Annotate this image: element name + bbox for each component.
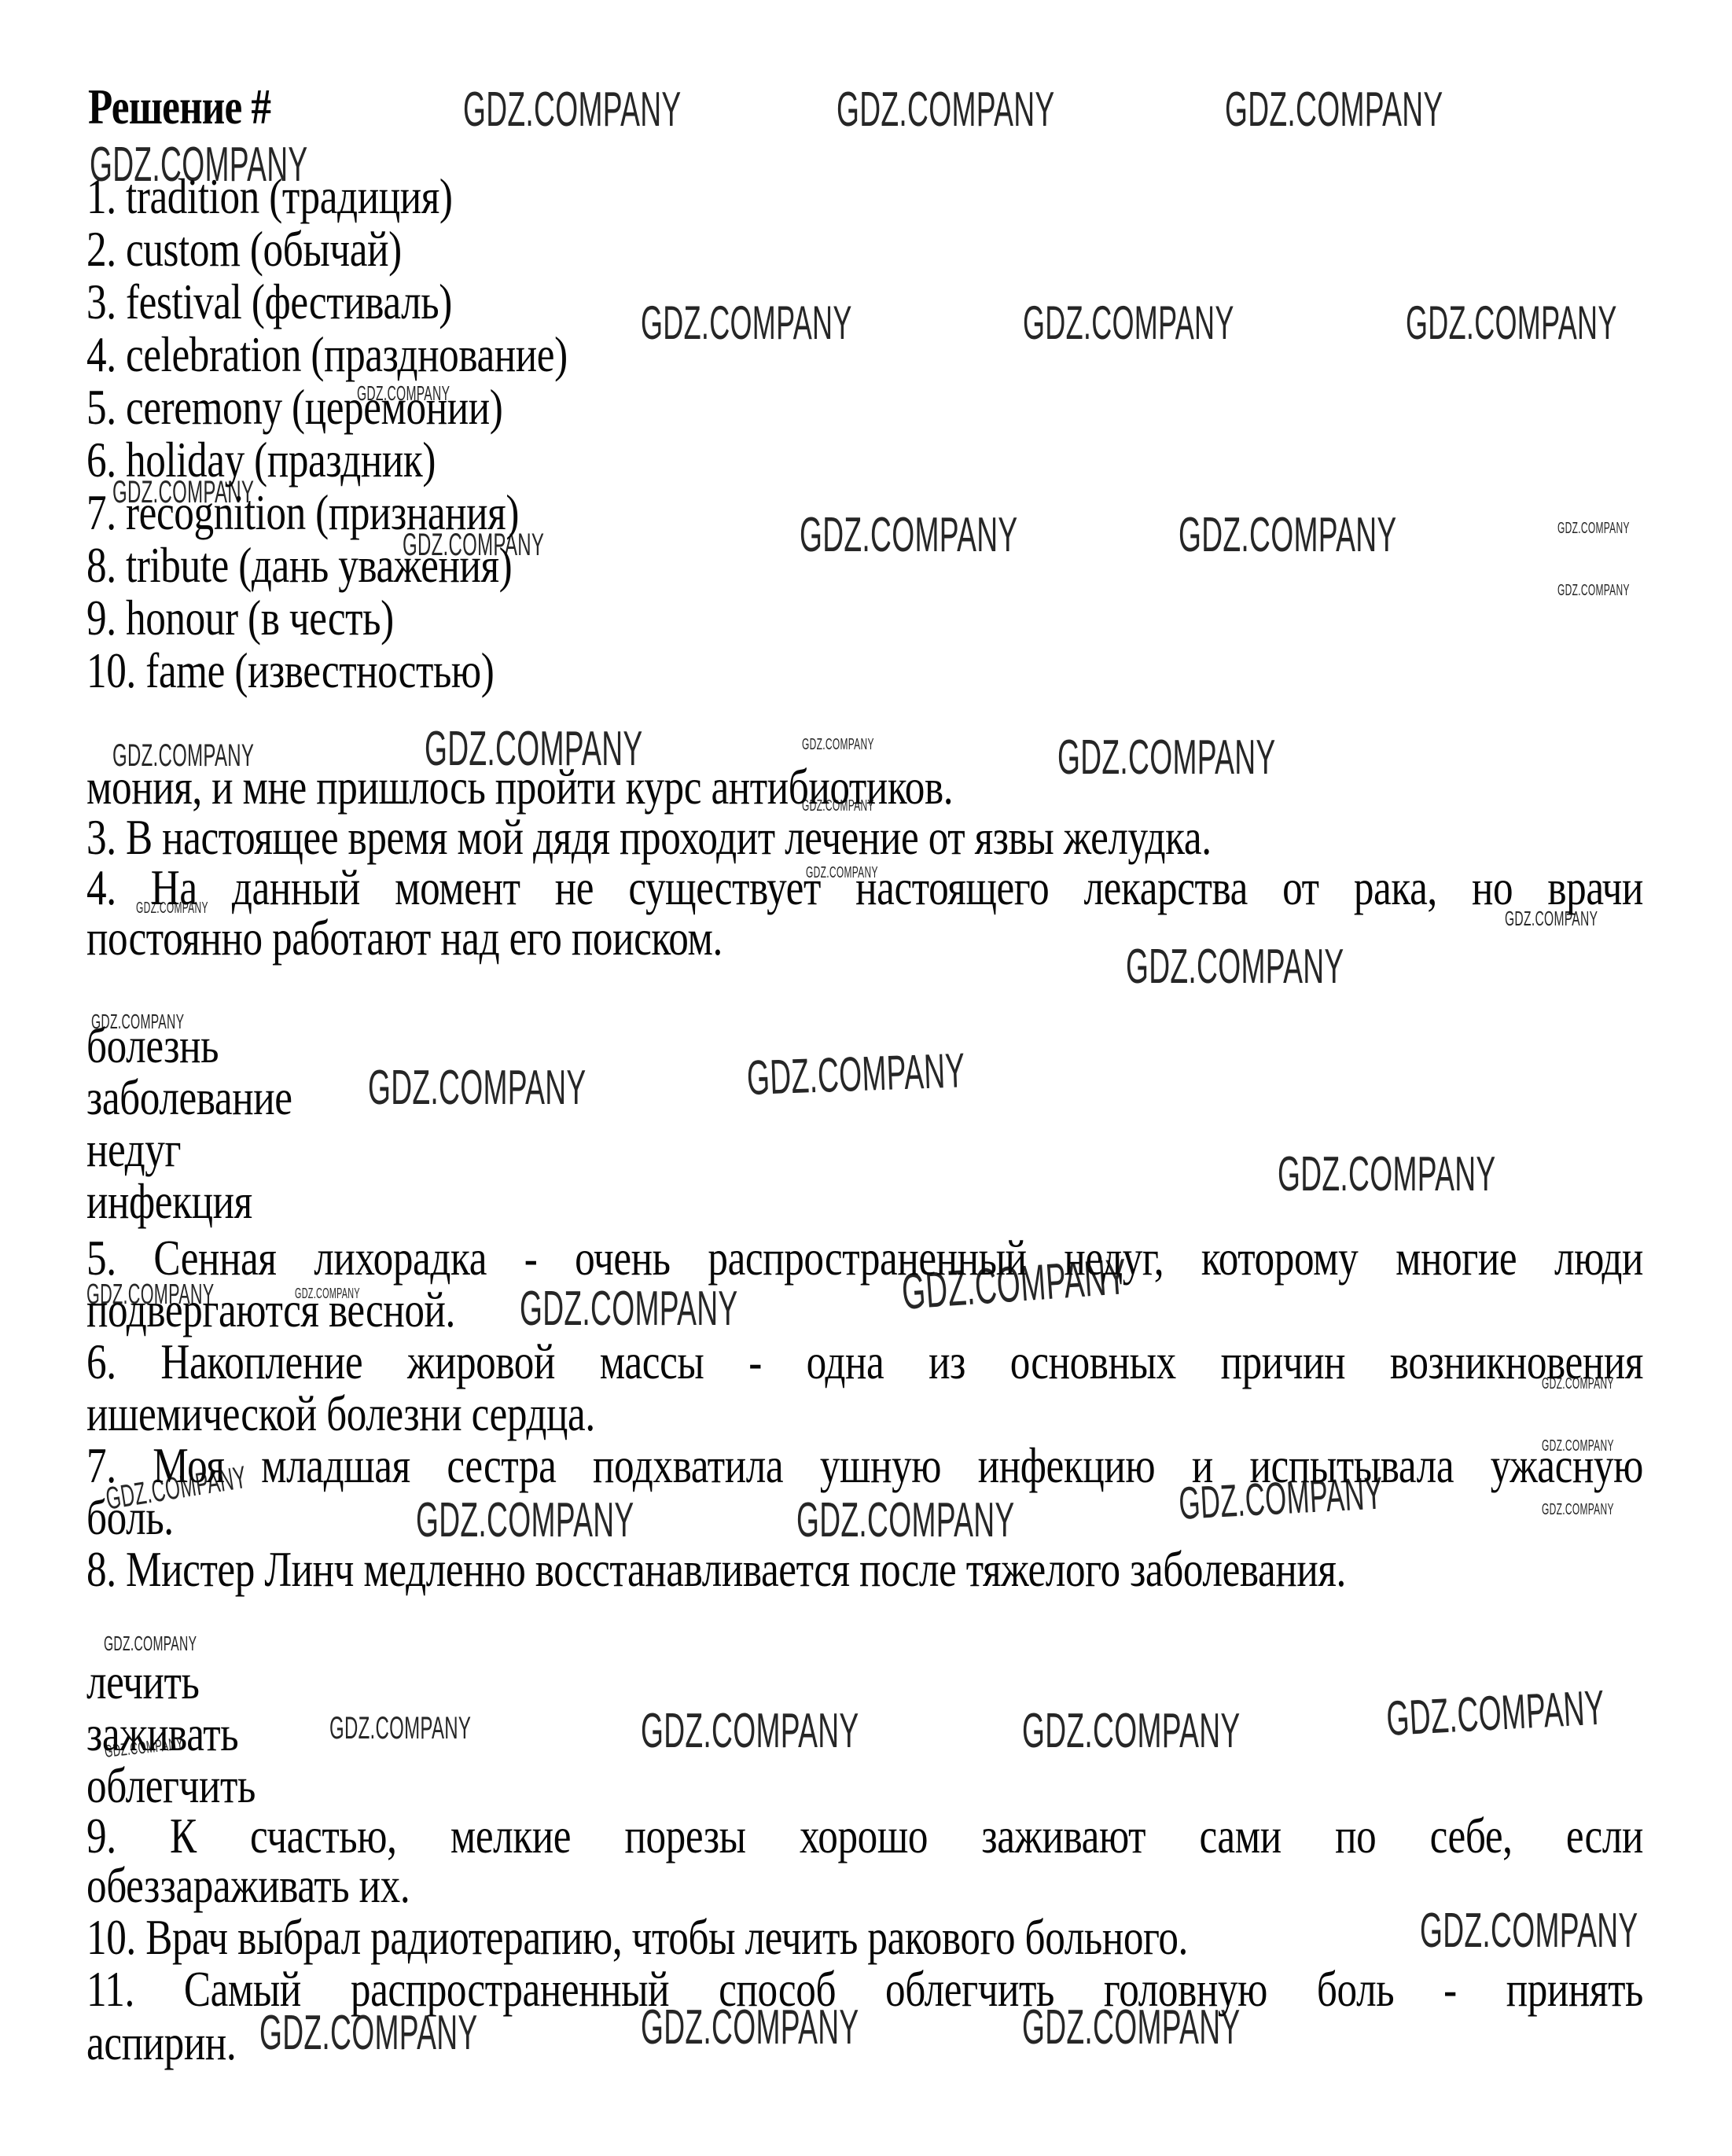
text-line: 4. На данный момент не существует настоя… [86,863,1643,913]
text-line: 6. Накопление жировой массы - одна из ос… [86,1337,1643,1387]
watermark: GDZ.COMPANY [802,737,874,752]
watermark: GDZ.COMPANY [1225,86,1443,134]
watermark: GDZ.COMPANY [1023,300,1234,347]
text-line: 1. tradition (традиция) [86,171,453,222]
text-line: 10. Врач выбрал радиотерапию, чтобы лечи… [86,1912,1188,1963]
text-line: заживать [86,1709,238,1759]
watermark: GDZ.COMPANY [1126,943,1344,992]
watermark: GDZ.COMPANY [800,511,1017,560]
watermark: GDZ.COMPANY [368,1064,586,1113]
page-title: Решение # [88,82,270,132]
text-line: 6. holiday (праздник) [86,435,436,485]
text-line: 5. ceremony (церемонии) [86,382,502,432]
text-line: обеззараживать их. [86,1860,410,1911]
watermark: GDZ.COMPANY [1420,1907,1638,1955]
text-line: 3. festival (фестиваль) [86,277,452,327]
document-page: Решение # GDZ.COMPANYGDZ.COMPANYGDZ.COMP… [0,0,1732,2156]
watermark: GDZ.COMPANY [416,1496,634,1545]
text-line: лечить [86,1657,199,1707]
watermark: GDZ.COMPANY [1057,734,1275,782]
text-line: 10. fame (известностью) [86,646,494,696]
watermark: GDZ.COMPANY [1557,521,1630,536]
text-line: 3. В настоящее время мой дядя проходит л… [86,812,1212,863]
watermark: GDZ.COMPANY [746,1047,965,1103]
text-line: инфекция [86,1176,252,1227]
text-line: облегчить [86,1760,256,1811]
text-line: 4. celebration (празднование) [86,329,568,380]
text-line: ишемической болезни сердца. [86,1389,595,1439]
watermark: GDZ.COMPANY [641,1707,859,1756]
watermark: GDZ.COMPANY [520,1285,737,1334]
text-line: недуг [86,1124,181,1175]
watermark: GDZ.COMPANY [1022,1707,1240,1756]
text-line: 8. tribute (дань уважения) [86,540,512,591]
watermark: GDZ.COMPANY [641,300,852,347]
watermark: GDZ.COMPANY [1542,1502,1614,1518]
watermark: GDZ.COMPANY [1179,511,1396,560]
watermark: GDZ.COMPANY [104,1633,197,1654]
watermark: GDZ.COMPANY [796,1496,1014,1545]
text-line: подвергаются весной. [86,1285,455,1335]
text-line: заболевание [86,1072,292,1123]
text-line: 9. К счастью, мелкие порезы хорошо зажив… [86,1811,1643,1861]
watermark: GDZ.COMPANY [837,86,1054,134]
text-line: боль. [86,1492,174,1543]
text-line: 2. custom (обычай) [86,224,402,274]
text-line: 8. Мистер Линч медленно восстанавливаетс… [86,1544,1346,1595]
watermark: GDZ.COMPANY [1278,1150,1495,1199]
text-line: постоянно работают над его поиском. [86,913,723,963]
watermark: GDZ.COMPANY [463,86,681,134]
text-line: 5. Сенная лихорадка - очень распростране… [86,1233,1643,1283]
watermark: GDZ.COMPANY [1406,300,1617,347]
text-line: болезнь [86,1021,219,1071]
text-line: аспирин. [86,2018,236,2068]
text-line: мония, и мне пришлось пройти курс антиби… [86,762,953,812]
watermark: GDZ.COMPANY [1385,1683,1605,1743]
text-line: 9. honour (в честь) [86,593,394,643]
watermark: GDZ.COMPANY [1557,583,1630,598]
text-line: 7. recognition (признания) [86,487,519,538]
watermark: GDZ.COMPANY [329,1713,471,1744]
text-line: 11. Самый распространенный способ облегч… [86,1964,1643,2014]
text-line: 7. Моя младшая сестра подхватила ушную и… [86,1440,1643,1491]
